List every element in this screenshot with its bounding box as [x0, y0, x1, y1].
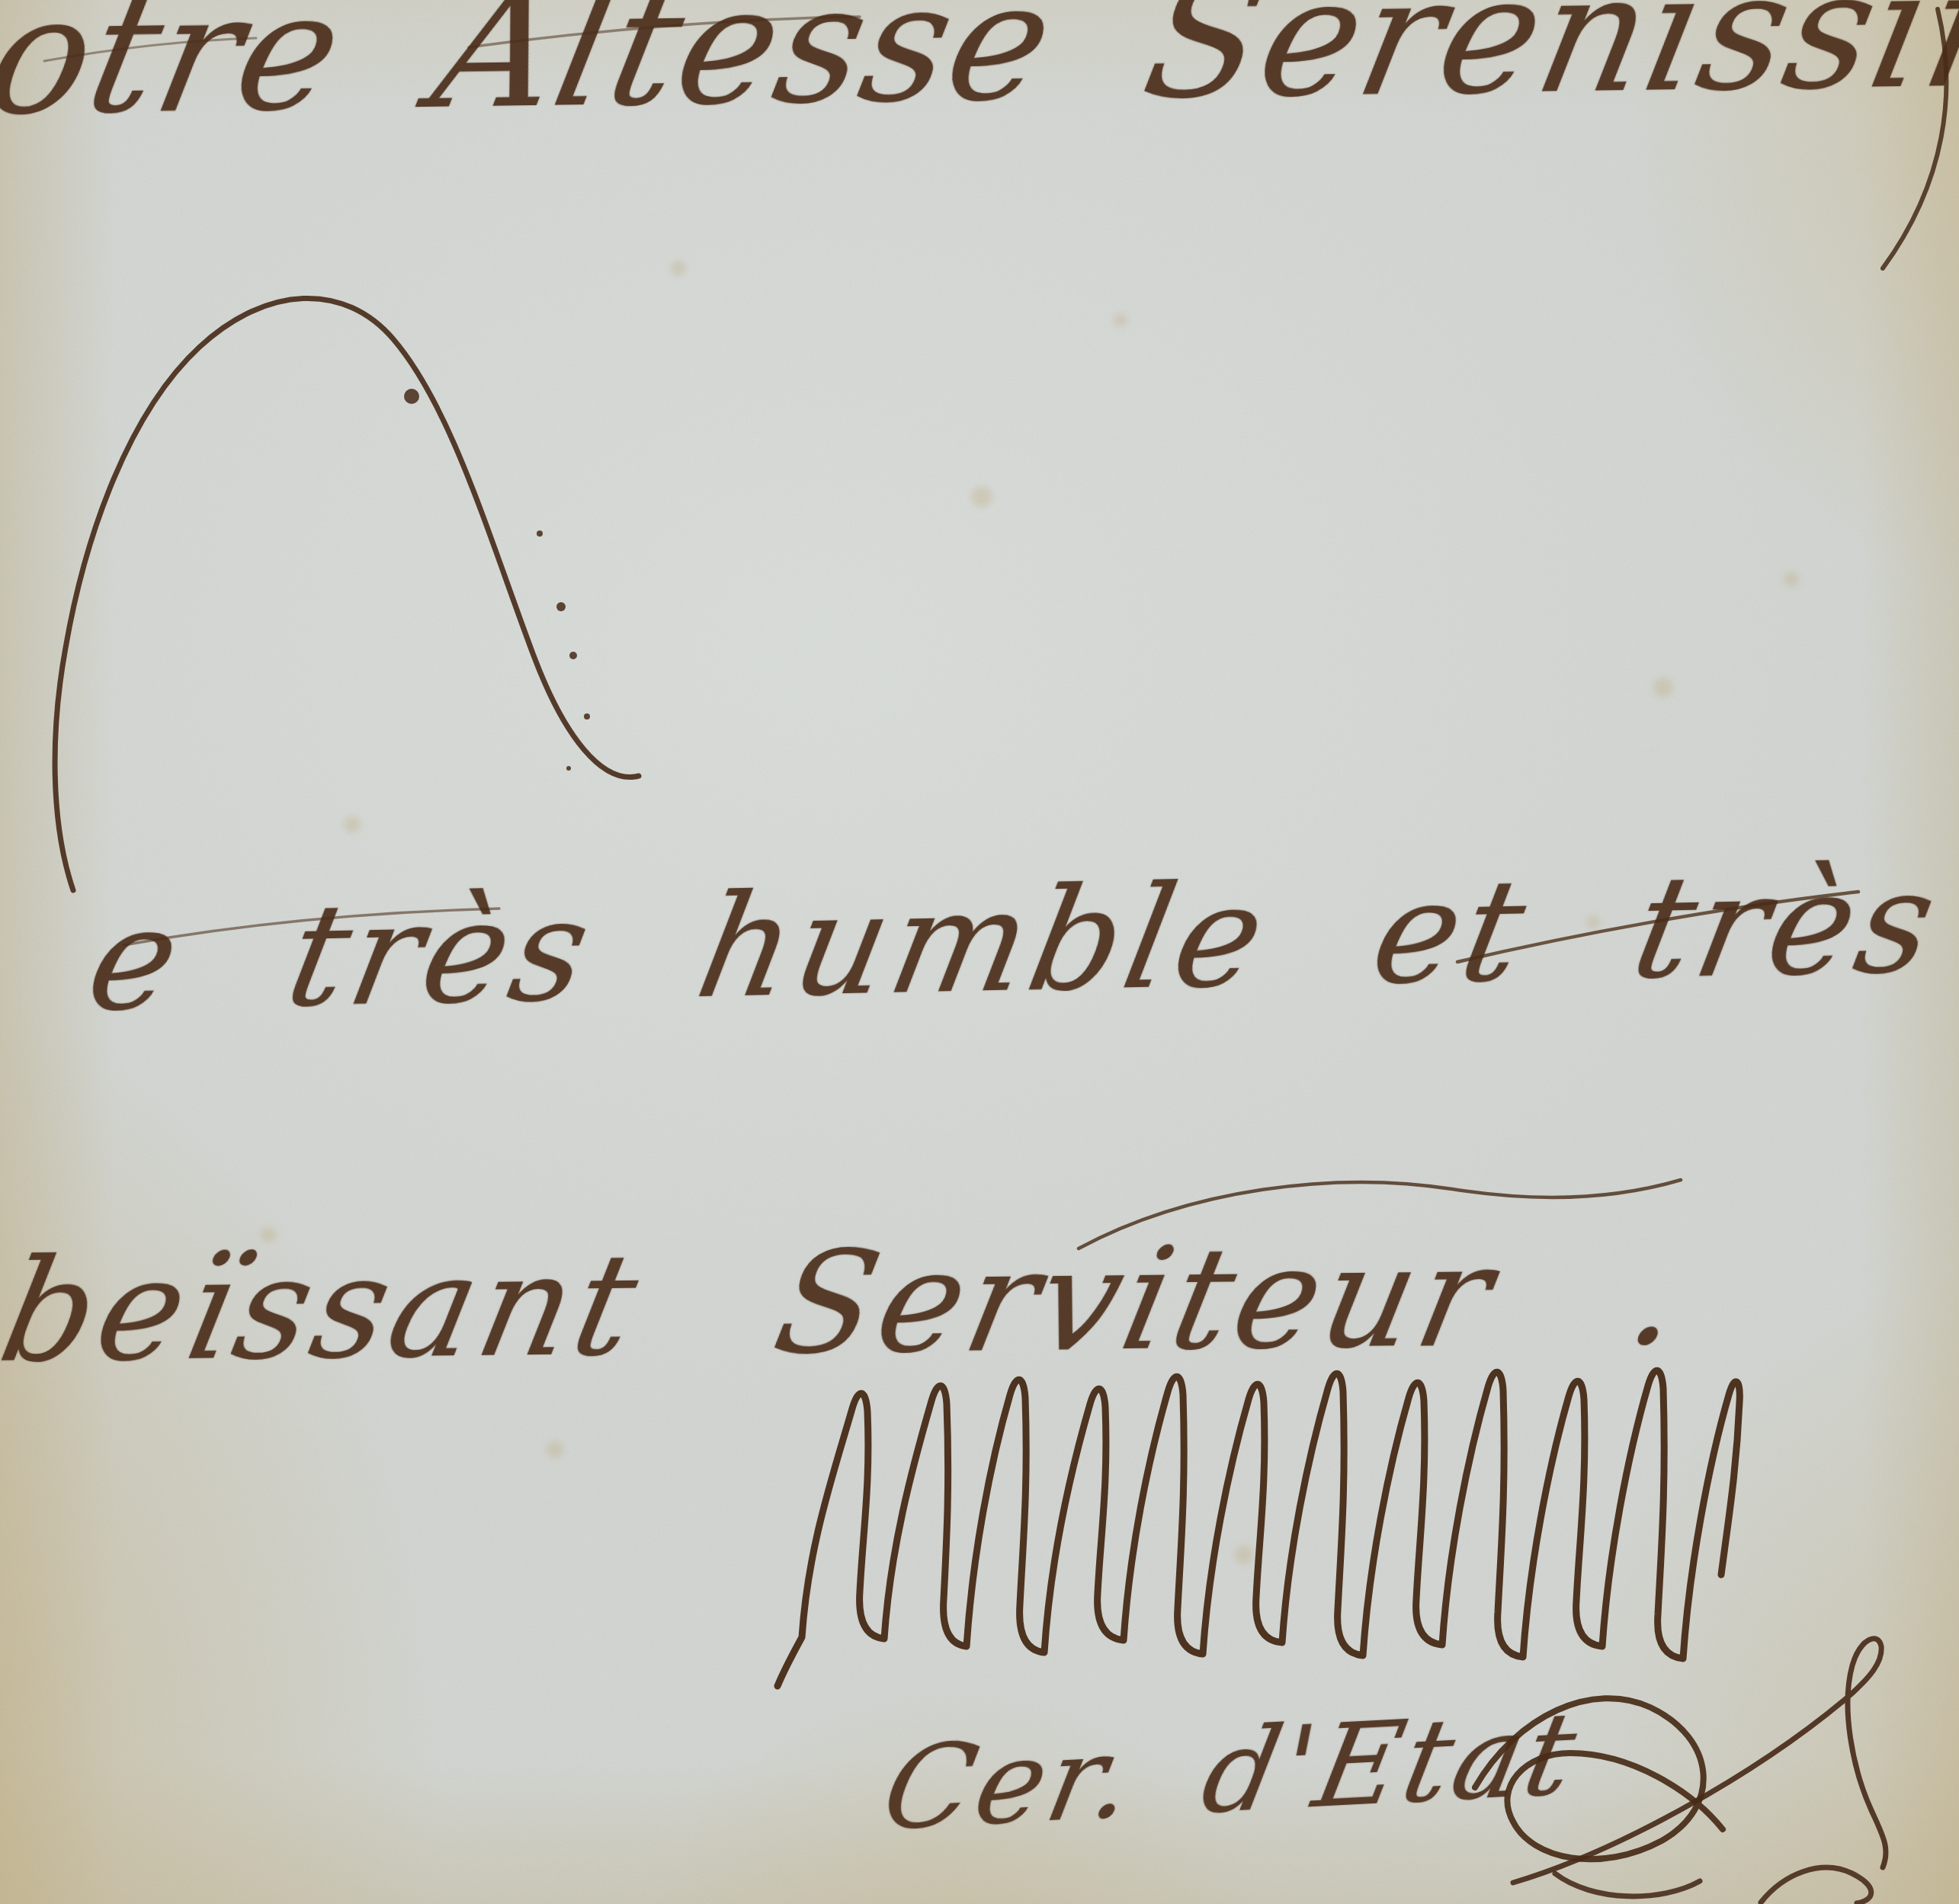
ink-spatter-dots [404, 389, 590, 771]
manuscript-page: otre Altesse Serenissime e très humble e… [0, 0, 1959, 1904]
handwritten-line-closing-1: e très humble et très . [76, 836, 1959, 1043]
paraph-under-curl [1555, 1874, 1700, 1896]
handwritten-line-salutation: otre Altesse Serenissime [0, 0, 1959, 152]
initial-letter-loop [55, 298, 639, 890]
handwritten-line-signer-title: Cer. d'Etat [873, 1688, 1589, 1857]
signature-scrawl [778, 1370, 1739, 1686]
corner-flourish [1761, 1867, 1871, 1903]
handwritten-line-closing-2: beïssant Serviteur . [0, 1211, 1700, 1393]
